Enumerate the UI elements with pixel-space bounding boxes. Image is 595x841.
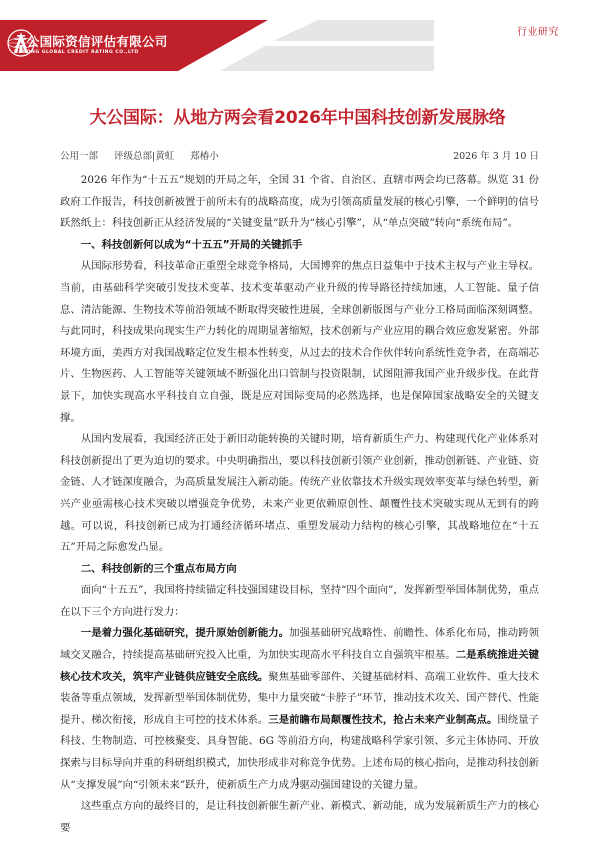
point-3-bold: 三是前瞻布局颠覆性技术，抢占未来产业制高点。 (268, 714, 497, 726)
dagong-emblem-icon (6, 28, 36, 58)
section-2-heading: 二、科技创新的三个重点布局方向 (60, 559, 539, 581)
company-name-cn: 大公国际资信评估有限公司 (14, 35, 168, 49)
document-title: 大公国际：从地方两会看2026年中国科技创新发展脉络 (0, 103, 595, 128)
author-2: 郑椿小 (190, 151, 219, 162)
page-header: 大公国际资信评估有限公司 DAGONG GLOBAL CREDIT RATING… (0, 20, 595, 71)
section-2-paragraph-1: 面向“十五五”，我国将持续锚定科技强国建设目标，坚持“四个面向”，发挥新型举国体… (60, 580, 539, 623)
point-1-bold: 一是着力强化基础研究，提升原始创新能力。 (81, 627, 289, 639)
authors: 公用一部评级总部|黄虹郑椿小 (60, 148, 219, 162)
document-body: 2026 年作为“十五五”规划的开局之年，全国 31 个省、自治区、直辖市两会均… (60, 170, 539, 839)
section-1-paragraph-2: 从国内发展看，我国经济正处于新旧动能转换的关键时期，培育新质生产力、构建现代化产… (60, 429, 539, 559)
section-2-paragraph-3: 这些重点方向的最终目的，是让科技创新催生新产业、新模式、新动能，成为发展新质生产… (60, 796, 539, 839)
publish-date: 2026 年 3 月 10 日 (453, 148, 539, 162)
company-logo: 大公国际资信评估有限公司 DAGONG GLOBAL CREDIT RATING… (6, 28, 168, 62)
section-1-paragraph-1: 从国际形势看，科技革命正重塑全球竞争格局，大国博弈的焦点日益集中于技术主权与产业… (60, 256, 539, 429)
section-1-heading: 一、科技创新何以成为“十五五”开局的关键抓手 (60, 235, 539, 257)
department-1: 公用一部 (60, 151, 98, 162)
company-name-en: DAGONG GLOBAL CREDIT RATING CO.,LTD (14, 49, 168, 56)
section-2-paragraph-2: 一是着力强化基础研究，提升原始创新能力。加强基础研究战略性、前瞻性、体系化布局，… (60, 623, 539, 796)
section-label: 行业研究 (517, 23, 559, 38)
page-number: 1 (0, 777, 595, 788)
department-2-author: 评级总部|黄虹 (114, 151, 174, 162)
intro-paragraph: 2026 年作为“十五五”规划的开局之年，全国 31 个省、自治区、直辖市两会均… (60, 170, 539, 235)
byline: 公用一部评级总部|黄虹郑椿小 2026 年 3 月 10 日 (60, 148, 539, 162)
